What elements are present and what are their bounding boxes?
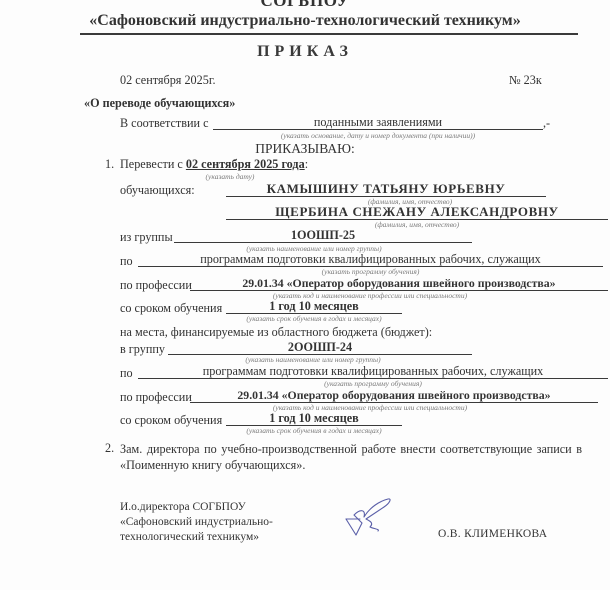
to-term-label: со сроком обучения [120, 413, 222, 428]
item1-lead: Перевести с [120, 157, 186, 171]
basis-value: поданными заявлениями [213, 115, 543, 130]
from-term-value: 1 год 10 месяцев [226, 299, 402, 314]
org-short-name: СОГБПОУ [0, 0, 610, 11]
handwritten-signature [340, 497, 400, 541]
from-term-label: со сроком обучения [120, 301, 222, 316]
from-group-value: 1ООШП-25 [174, 228, 472, 243]
item1-number: 1. [105, 157, 114, 172]
from-profession-label: по профессии [120, 278, 192, 293]
student-name-2: ЩЕРБИНА СНЕЖАНУ АЛЕКСАНДРОВНУ [226, 204, 608, 220]
order-subject: «О переводе обучающихся» [84, 96, 235, 111]
item1-colon: : [305, 157, 308, 171]
signer-name: О.В. КЛИМЕНКОВА [438, 528, 547, 540]
to-program-value: программам подготовки квалифицированных … [138, 364, 608, 379]
student-name-1: КАМЫШИНУ ТАТЬЯНУ ЮРЬЕВНУ [226, 181, 546, 197]
signatory-position: И.о.директора СОГБПОУ «Сафоновский индус… [120, 500, 273, 545]
from-term-hint: (указать срок обучения в годах и месяцах… [226, 314, 402, 323]
to-program-label: по [120, 366, 133, 381]
to-profession-label: по профессии [120, 390, 192, 405]
to-term-value: 1 год 10 месяцев [226, 411, 402, 426]
funding-text: на места, финансируемые из областного бю… [120, 325, 432, 340]
item2-text: Зам. директора по учебно-производственно… [120, 441, 582, 473]
from-program-hint: (указать программу обучения) [138, 267, 603, 276]
order-number: № 23к [509, 73, 542, 88]
date-hint: (указать дату) [200, 172, 260, 181]
item2-number: 2. [105, 441, 114, 456]
basis-hint: (указать основание, дату и номер докумен… [213, 131, 543, 140]
org-full-name: «Сафоновский индустриально-технологическ… [0, 12, 610, 30]
from-program-value: программам подготовки квалифицированных … [138, 252, 603, 267]
document-title: ПРИКАЗ [0, 43, 610, 61]
to-group-value: 2ООШП-24 [168, 340, 472, 355]
transfer-date: 02 сентября 2025 года [186, 157, 305, 171]
to-program-hint: (указать программу обучения) [138, 379, 608, 388]
from-program-label: по [120, 254, 133, 269]
basis-underline [213, 129, 543, 130]
from-group-label: из группы [120, 230, 173, 245]
header-divider [80, 33, 578, 35]
to-profession-value: 29.01.34 «Оператор оборудования швейного… [190, 388, 598, 403]
item1-text: Перевести с 02 сентября 2025 года: [120, 157, 308, 172]
to-group-label: в группу [120, 342, 165, 357]
position-line-3: технологический техникум» [120, 530, 273, 545]
to-term-hint: (указать срок обучения в годах и месяцах… [226, 426, 402, 435]
order-date: 02 сентября 2025г. [120, 73, 216, 88]
position-line-2: «Сафоновский индустриально- [120, 515, 273, 530]
from-group-underline [174, 242, 472, 243]
students-label: обучающихся: [120, 183, 195, 198]
position-line-1: И.о.директора СОГБПОУ [120, 500, 273, 515]
from-profession-value: 29.01.34 «Оператор оборудования швейного… [190, 276, 608, 291]
to-group-hint: (указать наименование или номер группы) [168, 355, 458, 364]
order-word: ПРИКАЗЫВАЮ: [0, 141, 610, 157]
basis-suffix: ,- [543, 116, 550, 131]
basis-label: В соответствии с [120, 116, 209, 131]
